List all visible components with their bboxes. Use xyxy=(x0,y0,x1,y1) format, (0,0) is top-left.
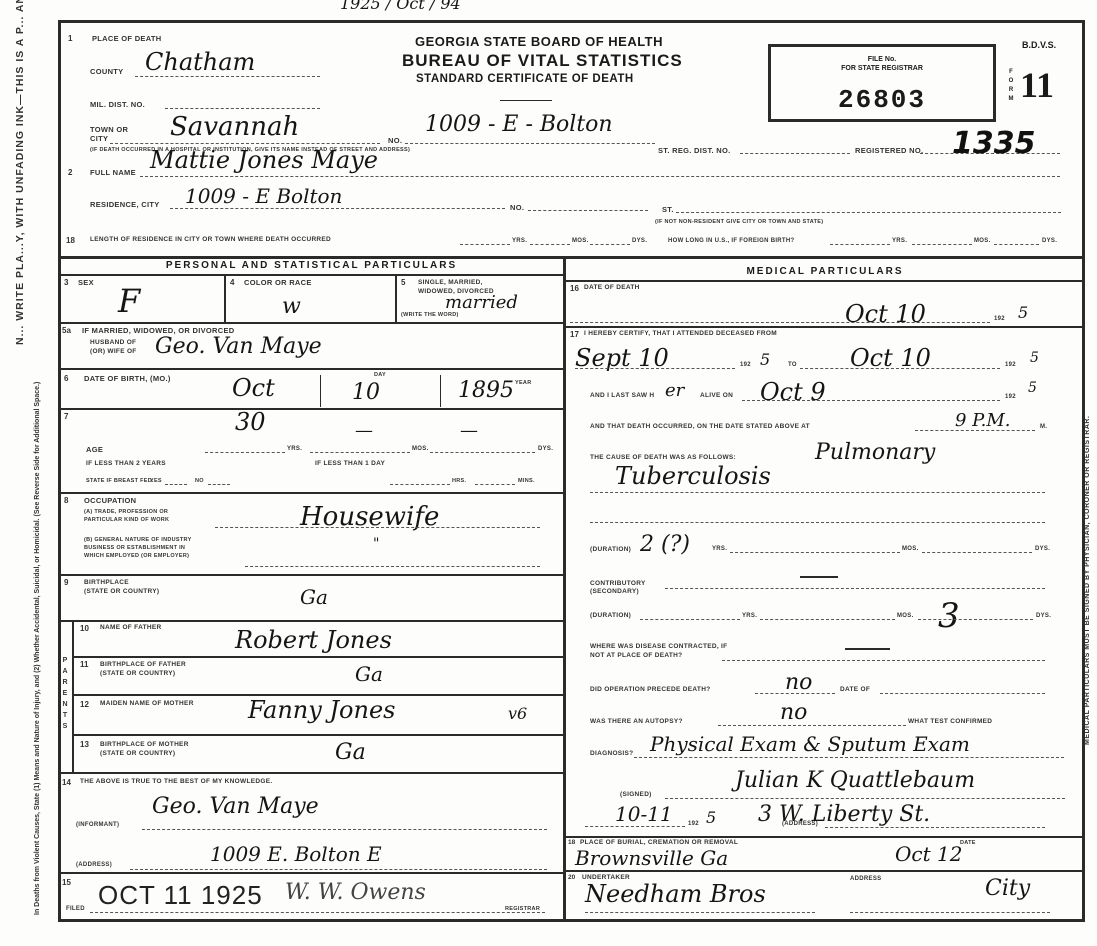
autopsy-value: no xyxy=(780,700,807,725)
dob-day-divider xyxy=(440,375,441,407)
physician-signature: Julian K Quattlebaum xyxy=(735,768,975,793)
residence-no-line xyxy=(528,210,648,211)
column-divider xyxy=(563,256,566,922)
diagnosis-line xyxy=(634,757,1064,758)
foreign-dys-unit: DYS. xyxy=(1042,238,1057,244)
dob-month-value: Oct xyxy=(232,374,275,402)
undertaker-line xyxy=(585,912,815,913)
signed-year-prefix: 192 xyxy=(688,821,699,827)
occupation-industry-value: " xyxy=(373,536,379,552)
top-annotation: 1925 / Oct / 94 xyxy=(340,0,461,13)
contributory-years-line xyxy=(640,619,740,620)
foreign-mos-unit: MOS. xyxy=(974,238,991,244)
residence-note: (IF NOT NON-RESIDENT GIVE CITY OR TOWN A… xyxy=(655,219,823,225)
medical-rule-3 xyxy=(566,870,1085,872)
father-name-label: NAME OF FATHER xyxy=(100,624,162,631)
burial-place-label: PLACE OF BURIAL, CREMATION OR REMOVAL xyxy=(580,839,738,846)
row-rule-5 xyxy=(58,574,563,576)
row-rule-1 xyxy=(58,322,563,324)
foreign-birth-label: HOW LONG IN U.S., IF FOREIGN BIRTH? xyxy=(668,238,795,244)
marital-value: married xyxy=(445,292,518,313)
age-years-line xyxy=(205,452,285,453)
registrar-signature: W. W. Owens xyxy=(285,880,426,905)
informant-value: Geo. Van Maye xyxy=(152,794,319,819)
personal-section-title: PERSONAL AND STATISTICAL PARTICULARS xyxy=(60,260,563,271)
item-number-12: 12 xyxy=(80,700,89,709)
full-name-line xyxy=(140,176,1060,177)
residence-st-line xyxy=(676,212,1061,213)
last-saw-value: er xyxy=(665,380,684,401)
attended-to-year-prefix: 192 xyxy=(1005,362,1016,368)
burial-date-value: Oct 12 xyxy=(895,842,962,866)
margin-violent-causes-text: In Deaths from Violent Causes, State (1)… xyxy=(34,382,41,915)
item-number-9: 9 xyxy=(64,578,68,587)
age-yrs-unit: YRS. xyxy=(287,446,302,452)
registered-no-label: REGISTERED No. xyxy=(855,146,923,155)
dob-year-label: YEAR xyxy=(515,380,531,386)
less-than-2-years-label: IF LESS THAN 2 YEARS xyxy=(86,460,166,467)
filed-label: FILED xyxy=(66,906,85,912)
dob-day-label: DAY xyxy=(374,372,386,378)
residence-line xyxy=(170,208,505,209)
row-rule-3 xyxy=(58,408,563,410)
operation-date-label: DATE OF xyxy=(840,686,870,693)
residence-no-label: NO. xyxy=(510,203,524,212)
informant-address-label: (ADDRESS) xyxy=(76,862,112,868)
margin-instruction-text: N... WRITE PLA...Y, WITH UNFADING INK—TH… xyxy=(14,0,26,345)
residence-mos-unit: MOS. xyxy=(572,238,589,244)
color-value: w xyxy=(282,294,301,319)
full-name-label: FULL NAME xyxy=(90,168,136,177)
item-number-14: 14 xyxy=(62,778,71,787)
cause-line-2 xyxy=(590,522,1045,523)
hrs-unit: HRS. xyxy=(452,478,466,484)
dob-month-divider xyxy=(320,375,321,407)
breast-no-line xyxy=(208,484,230,485)
breast-fed-no: NO xyxy=(195,478,204,484)
attended-to-line xyxy=(800,368,1000,369)
duration-mos-unit: MOS. xyxy=(902,546,919,552)
color-label: COLOR OR RACE xyxy=(244,278,312,287)
margin-medical-signature-note: MEDICAL PARTICULARS MUST BE SIGNED BY PH… xyxy=(1084,416,1091,745)
filed-line xyxy=(90,912,545,913)
medical-header-rule xyxy=(566,280,1085,282)
undertaker-address-value: City xyxy=(985,876,1030,901)
cause-of-death-secondary: Tuberculosis xyxy=(615,462,771,490)
filed-date-stamp: OCT 11 1925 xyxy=(98,880,263,911)
parents-divider xyxy=(72,620,74,772)
operation-label: DID OPERATION PRECEDE DEATH? xyxy=(590,686,710,693)
age-years-value: 30 xyxy=(235,408,266,436)
occupation-label: OCCUPATION xyxy=(84,496,136,505)
duration-label: (DURATION) xyxy=(590,546,631,553)
bureau-title: BUREAU OF VITAL STATISTICS xyxy=(402,51,683,71)
less-than-1-day-label: IF LESS THAN 1 DAY xyxy=(315,460,385,467)
autopsy-line xyxy=(718,725,906,726)
contributory-line xyxy=(665,588,1045,589)
duration-dys-unit: DYS. xyxy=(1035,546,1050,552)
physician-address-value: 3 W. Liberty St. xyxy=(758,802,930,827)
attended-from-line xyxy=(575,368,735,369)
residence-value: 1009 - E Bolton xyxy=(185,184,342,208)
age-months-line xyxy=(310,452,410,453)
document-title: STANDARD CERTIFICATE OF DEATH xyxy=(416,73,634,85)
last-saw-label: AND I LAST SAW H xyxy=(590,392,654,399)
breast-fed-label: STATE IF BREAST FED. xyxy=(86,478,154,484)
item-number-4: 4 xyxy=(230,278,234,287)
age-label: AGE xyxy=(86,445,103,454)
row-rule-7 xyxy=(72,656,563,658)
informant-statement: THE ABOVE IS TRUE TO THE BEST OF MY KNOW… xyxy=(80,778,272,785)
row-rule-9 xyxy=(72,734,563,736)
st-reg-dist-label: ST. REG. DIST. No. xyxy=(658,146,731,155)
attended-to-label: TO xyxy=(788,362,797,368)
residence-days-line xyxy=(590,244,630,245)
town-value: Savannah xyxy=(170,112,299,142)
informant-label: (INFORMANT) xyxy=(76,822,119,828)
full-name-value: Mattie Jones Maye xyxy=(150,146,378,174)
occupation-trade-line xyxy=(215,527,540,528)
death-time-m-unit: M. xyxy=(1040,424,1047,430)
attended-to-year: 5 xyxy=(1030,350,1039,366)
birthplace-value: Ga xyxy=(300,585,328,609)
breast-fed-yes: YES xyxy=(150,478,162,484)
mother-birthplace-label: BIRTHPLACE OF MOTHER (STATE OR COUNTRY) xyxy=(100,740,189,758)
margin-violent-causes-note: In Deaths from Violent Causes, State (1)… xyxy=(34,382,41,915)
dob-year-value: 1895 xyxy=(458,378,514,403)
color-marital-divider xyxy=(395,274,397,322)
town-label: TOWN OR CITY xyxy=(90,125,128,143)
item-number-11: 11 xyxy=(80,660,88,669)
agency-title: GEORGIA STATE BOARD OF HEALTH xyxy=(415,34,663,49)
alive-on-label: ALIVE ON xyxy=(700,392,733,399)
medical-rule-2 xyxy=(566,836,1085,838)
contributory-days-value: 3 xyxy=(938,596,960,636)
form-code: B.D.V.S. xyxy=(1022,40,1056,50)
operation-date-line xyxy=(880,693,1045,694)
alive-year-prefix: 192 xyxy=(1005,394,1016,400)
informant-address-value: 1009 E. Bolton E xyxy=(210,842,382,866)
burial-place-value: Brownsville Ga xyxy=(575,846,728,870)
duration-months-line xyxy=(730,552,900,553)
disease-contracted-line xyxy=(722,660,1045,661)
residence-yrs-unit: YRS. xyxy=(512,238,527,244)
mil-dist-label: MIL. DIST. NO. xyxy=(90,100,145,109)
alive-year-value: 5 xyxy=(1028,380,1037,396)
street-value: 1009 - E - Bolton xyxy=(425,112,613,137)
age-days-line xyxy=(430,452,535,453)
death-time-line xyxy=(915,430,1035,431)
mother-name-label: MAIDEN NAME OF MOTHER xyxy=(100,700,194,707)
undertaker-address-label: ADDRESS xyxy=(850,876,881,882)
death-time-value: 9 P.M. xyxy=(955,410,1011,431)
st-reg-dist-line xyxy=(740,153,850,154)
form-number: 11 xyxy=(1020,64,1054,106)
attended-from-year-prefix: 192 xyxy=(740,362,751,368)
signed-year-value: 5 xyxy=(706,808,716,827)
sex-label: SEX xyxy=(78,278,94,287)
file-number-box: FILE No. FOR STATE REGISTRAR 26803 xyxy=(768,44,996,122)
dod-year-value: 5 xyxy=(1018,303,1028,322)
place-of-death-label: PLACE OF DEATH xyxy=(92,34,161,43)
item-number-7: 7 xyxy=(64,412,68,421)
certification-label: I HEREBY CERTIFY, THAT I ATTENDED DECEAS… xyxy=(584,330,777,337)
length-of-residence-label: LENGTH OF RESIDENCE IN CITY OR TOWN WHER… xyxy=(90,236,331,243)
undertaker-address-line xyxy=(850,912,1050,913)
mother-birthplace-value: Ga xyxy=(335,740,366,765)
item-number-1: 1 xyxy=(68,34,72,43)
disease-contracted-label: WHERE WAS DISEASE CONTRACTED, IF NOT AT … xyxy=(590,642,727,660)
attended-from-year: 5 xyxy=(760,350,770,369)
item-number-18b: 18 xyxy=(568,839,575,846)
row-rule-4 xyxy=(58,492,563,494)
disease-contracted-dash xyxy=(845,648,890,650)
margin-instruction-upper: N... WRITE PLA...Y, WITH UNFADING INK—TH… xyxy=(14,0,26,345)
item-number-18: 18 xyxy=(66,236,75,245)
operation-line xyxy=(755,693,835,694)
residence-months-line xyxy=(530,244,570,245)
diagnosis-value: Physical Exam & Sputum Exam xyxy=(650,732,970,756)
age-mos-unit: MOS. xyxy=(412,446,429,452)
physician-address-line xyxy=(825,827,1045,828)
cause-of-death-label: THE CAUSE OF DEATH WAS AS FOLLOWS: xyxy=(590,454,736,461)
dob-day-value: 10 xyxy=(352,380,380,405)
mins-unit: MINS. xyxy=(518,478,535,484)
minutes-line xyxy=(475,484,515,485)
personal-header-rule xyxy=(58,274,563,276)
file-number-label: FILE No. FOR STATE REGISTRAR xyxy=(771,55,993,73)
alive-on-value: Oct 9 xyxy=(760,378,826,406)
item-number-10: 10 xyxy=(80,624,89,633)
operation-value: no xyxy=(785,670,812,695)
margin-medical-text: MEDICAL PARTICULARS MUST BE SIGNED BY PH… xyxy=(1084,416,1091,745)
dob-label: DATE OF BIRTH, (MO.) xyxy=(84,374,171,383)
contributory-duration-label: (DURATION) xyxy=(590,612,631,619)
foreign-yrs-unit: YRS. xyxy=(892,238,907,244)
file-number-value: 26803 xyxy=(771,85,993,115)
item-number-2: 2 xyxy=(68,168,72,177)
duration-value: 2 (?) xyxy=(640,532,690,557)
cause-line-1 xyxy=(590,492,1045,493)
occupation-trade-label: (a) TRADE, PROFESSION OR PARTICULAR KIND… xyxy=(84,508,169,524)
row-rule-10 xyxy=(58,772,563,774)
item-number-13: 13 xyxy=(80,740,89,749)
occupation-industry-line xyxy=(245,566,540,567)
spouse-value: Geo. Van Maye xyxy=(155,334,322,359)
town-line xyxy=(110,143,380,144)
row-rule-6 xyxy=(58,620,563,622)
undertaker-value: Needham Bros xyxy=(585,880,766,908)
residence-years-line xyxy=(460,244,510,245)
sex-color-divider xyxy=(224,274,226,322)
duration-yrs-unit: YRS. xyxy=(712,546,727,552)
title-underline xyxy=(500,100,552,101)
father-birthplace-value: Ga xyxy=(355,662,383,686)
date-of-death-label: DATE OF DEATH xyxy=(584,284,640,291)
father-birthplace-label: BIRTHPLACE OF FATHER (STATE OR COUNTRY) xyxy=(100,660,186,678)
signed-date-line xyxy=(585,826,685,827)
residence-label: RESIDENCE, CITY xyxy=(90,200,160,209)
age-days-value: — xyxy=(460,420,478,441)
form-word: FORM xyxy=(1007,68,1015,104)
medical-section-title: MEDICAL PARTICULARS xyxy=(566,266,1084,277)
cause-of-death-primary: Pulmonary xyxy=(815,440,935,465)
death-occurred-label: AND THAT DEATH OCCURRED, ON THE DATE STA… xyxy=(590,423,810,430)
item-number-5a: 5a xyxy=(62,326,71,335)
street-no-label: No. xyxy=(388,136,402,145)
marital-note: (WRITE THE WORD) xyxy=(401,312,459,318)
test-confirmed-label: WHAT TEST CONFIRMED xyxy=(908,718,992,725)
section-divider xyxy=(58,256,1085,259)
signed-date-value: 10-11 xyxy=(615,802,673,826)
contributory-yrs-unit: YRS. xyxy=(742,613,757,619)
contributory-months-line xyxy=(760,619,895,620)
age-months-value: — xyxy=(355,420,373,441)
row-rule-11 xyxy=(58,872,563,874)
mother-extra-mark: v6 xyxy=(508,704,527,723)
occupation-industry-label: (b) GENERAL NATURE OF INDUSTRY BUSINESS … xyxy=(84,536,192,560)
contributory-dys-unit: DYS. xyxy=(1036,613,1051,619)
county-value: Chatham xyxy=(145,48,255,76)
residence-st-label: ST. xyxy=(662,205,674,214)
age-dys-unit: DYS. xyxy=(538,446,553,452)
date-of-death-line xyxy=(570,322,990,323)
contributory-days-line xyxy=(918,619,1033,620)
duration-days-line xyxy=(922,552,1032,553)
dod-year-prefix: 192 xyxy=(994,316,1005,322)
date-of-death-value: Oct 10 xyxy=(845,300,926,328)
county-label: COUNTY xyxy=(90,67,123,76)
foreign-days-line xyxy=(994,244,1039,245)
item-number-3: 3 xyxy=(64,278,68,287)
item-number-17: 17 xyxy=(570,330,579,339)
row-rule-2 xyxy=(58,368,563,370)
foreign-months-line xyxy=(912,244,972,245)
item-number-8: 8 xyxy=(64,496,68,505)
signed-label: (SIGNED) xyxy=(620,791,652,798)
mother-name-value: Fanny Jones xyxy=(248,696,395,724)
county-line xyxy=(135,76,320,77)
item-number-5: 5 xyxy=(401,278,405,287)
street-line xyxy=(405,143,655,144)
signed-line xyxy=(665,798,1065,799)
hours-line xyxy=(390,484,450,485)
contributory-dash xyxy=(800,576,838,578)
registered-no-value: 1335 xyxy=(952,126,1036,161)
residence-dys-unit: DYS. xyxy=(632,238,647,244)
diagnosis-label: DIAGNOSIS? xyxy=(590,750,633,757)
item-number-20: 20 xyxy=(568,874,575,881)
informant-address-line xyxy=(130,869,547,870)
sex-value: F xyxy=(118,282,140,320)
parents-side-label: PARENTS xyxy=(60,655,70,732)
foreign-years-line xyxy=(830,244,890,245)
contributory-label: CONTRIBUTORY (SECONDARY) xyxy=(590,580,646,596)
informant-line xyxy=(142,829,547,830)
mil-dist-line xyxy=(165,108,320,109)
autopsy-label: WAS THERE AN AUTOPSY? xyxy=(590,718,683,725)
medical-rule-1 xyxy=(566,326,1085,328)
item-number-15: 15 xyxy=(62,878,71,887)
item-number-16: 16 xyxy=(570,284,579,293)
breast-yes-line xyxy=(165,484,187,485)
alive-on-line xyxy=(742,400,1000,401)
item-number-6: 6 xyxy=(64,374,68,383)
father-name-value: Robert Jones xyxy=(235,626,392,654)
birthplace-label: BIRTHPLACE (STATE OR COUNTRY) xyxy=(84,578,159,596)
spouse-sublabel: HUSBAND OF (OR) WIFE OF xyxy=(90,338,137,356)
contributory-mos-unit: MOS. xyxy=(897,613,914,619)
